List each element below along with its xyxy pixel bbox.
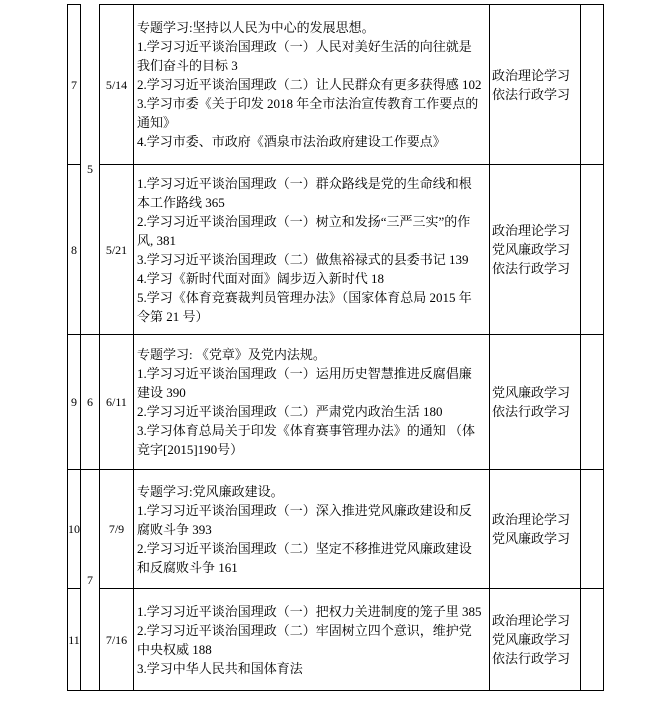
category-text: 政治理论学习 党风廉政学习 <box>492 510 570 548</box>
category-cell: 政治理论学习 依法行政学习 <box>490 4 581 165</box>
content-cell: 专题学习:党风廉政建设。 1.学习习近平谈治国理政（一）深入推进党风廉政建设和反… <box>134 470 490 589</box>
row-number-cell: 11 <box>68 589 81 691</box>
content-text: 专题学习: 《党章》及党内法规。 1.学习习近平谈治国理政（一）运用历史智慧推进… <box>137 345 483 459</box>
row-number-cell: 7 <box>68 4 81 165</box>
category-text: 政治理论学习 党风廉政学习 依法行政学习 <box>492 611 570 668</box>
date-cell: 6/11 <box>100 335 134 470</box>
content-text: 专题学习:党风廉政建设。 1.学习习近平谈治国理政（一）深入推进党风廉政建设和反… <box>137 482 483 577</box>
category-cell: 政治理论学习 党风廉政学习 依法行政学习 <box>490 165 581 335</box>
row-number-cell: 8 <box>68 165 81 335</box>
content-cell: 专题学习: 《党章》及党内法规。 1.学习习近平谈治国理政（一）运用历史智慧推进… <box>134 335 490 470</box>
spare-cell <box>581 470 604 589</box>
content-cell: 1.学习习近平谈治国理政（一）群众路线是党的生命线和根本工作路线 365 2.学… <box>134 165 490 335</box>
month-cell: 5 <box>81 4 100 335</box>
content-text: 专题学习:坚持以人民为中心的发展思想。 1.学习习近平谈治国理政（一）人民对美好… <box>137 18 483 151</box>
category-cell: 政治理论学习 党风廉政学习 依法行政学习 <box>490 589 581 691</box>
content-text: 1.学习习近平谈治国理政（一）群众路线是党的生命线和根本工作路线 365 2.学… <box>137 174 483 326</box>
category-cell: 党风廉政学习 依法行政学习 <box>490 335 581 470</box>
content-text: 1.学习习近平谈治国理政（一）把权力关进制度的笼子里 385 2.学习习近平谈治… <box>137 602 483 678</box>
spare-cell <box>581 165 604 335</box>
month-cell: 6 <box>81 335 100 470</box>
date-cell: 7/16 <box>100 589 134 691</box>
category-text: 政治理论学习 依法行政学习 <box>492 66 570 104</box>
category-text: 党风廉政学习 依法行政学习 <box>492 383 570 421</box>
month-cell: 7 <box>81 470 100 691</box>
date-cell: 5/21 <box>100 165 134 335</box>
content-cell: 1.学习习近平谈治国理政（一）把权力关进制度的笼子里 385 2.学习习近平谈治… <box>134 589 490 691</box>
date-cell: 5/14 <box>100 4 134 165</box>
date-cell: 7/9 <box>100 470 134 589</box>
schedule-table: 7 5/14 专题学习:坚持以人民为中心的发展思想。 1.学习习近平谈治国理政（… <box>67 4 604 691</box>
spare-cell <box>581 589 604 691</box>
document-page: 7 5/14 专题学习:坚持以人民为中心的发展思想。 1.学习习近平谈治国理政（… <box>0 0 668 716</box>
category-text: 政治理论学习 党风廉政学习 依法行政学习 <box>492 221 570 278</box>
spare-cell <box>581 335 604 470</box>
row-number-cell: 10 <box>68 470 81 589</box>
spare-cell <box>581 4 604 165</box>
content-cell: 专题学习:坚持以人民为中心的发展思想。 1.学习习近平谈治国理政（一）人民对美好… <box>134 4 490 165</box>
row-number-cell: 9 <box>68 335 81 470</box>
category-cell: 政治理论学习 党风廉政学习 <box>490 470 581 589</box>
